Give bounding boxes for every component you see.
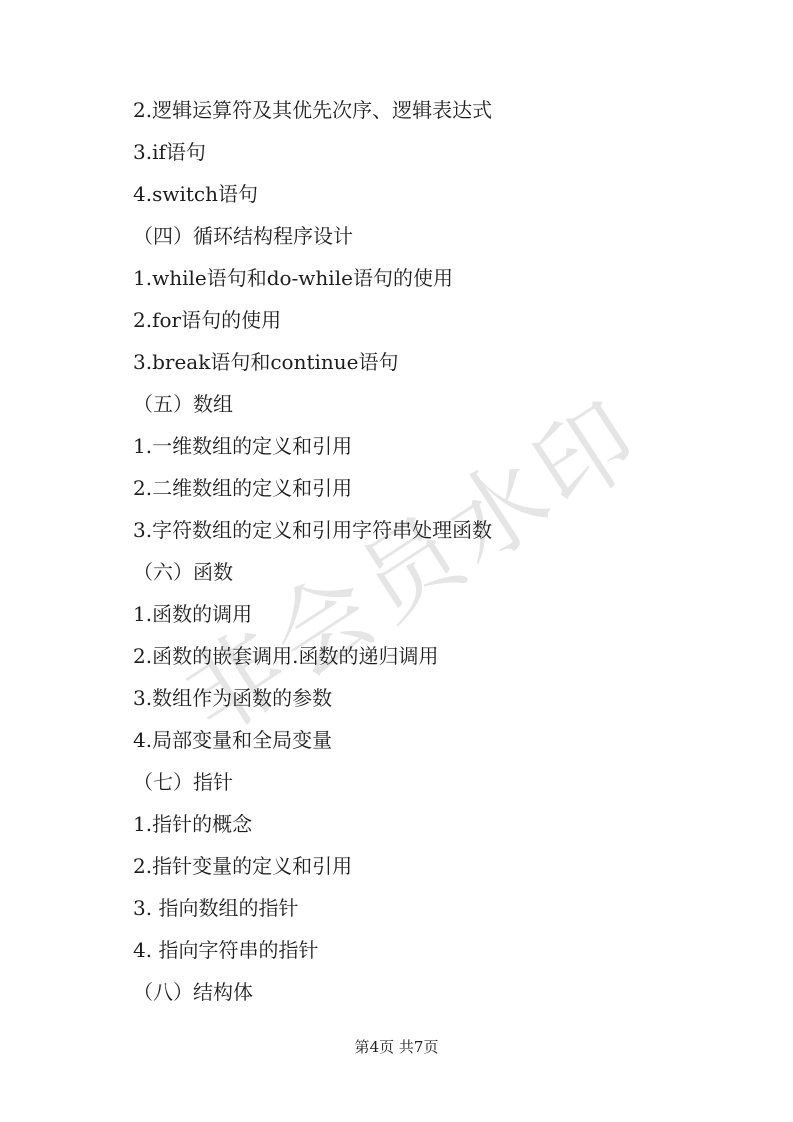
doc-line-item: 2.指针变量的定义和引用 xyxy=(133,845,743,887)
doc-line-item: 4.switch语句 xyxy=(133,173,743,215)
document-content: 2.逻辑运算符及其优先次序、逻辑表达式 3.if语句 4.switch语句 （四… xyxy=(133,89,743,1013)
page-footer: 第4页 共7页 xyxy=(0,1037,793,1057)
doc-section-heading: （八）结构体 xyxy=(133,971,743,1013)
footer-total-pages: 7 xyxy=(414,1038,424,1056)
doc-line-item: 1.一维数组的定义和引用 xyxy=(133,425,743,467)
doc-line-item: 2.二维数组的定义和引用 xyxy=(133,467,743,509)
footer-current-page: 4 xyxy=(370,1038,380,1056)
doc-line-item: 3.数组作为函数的参数 xyxy=(133,677,743,719)
doc-line-item: 2.函数的嵌套调用.函数的递归调用 xyxy=(133,635,743,677)
doc-line-item: 4. 指向字符串的指针 xyxy=(133,929,743,971)
doc-line-item: 2.逻辑运算符及其优先次序、逻辑表达式 xyxy=(133,89,743,131)
doc-line-item: 3.字符数组的定义和引用字符串处理函数 xyxy=(133,509,743,551)
doc-section-heading: （四）循环结构程序设计 xyxy=(133,215,743,257)
doc-line-item: 3.if语句 xyxy=(133,131,743,173)
doc-line-item: 2.for语句的使用 xyxy=(133,299,743,341)
footer-page-prefix: 第 xyxy=(355,1038,370,1056)
doc-section-heading: （五）数组 xyxy=(133,383,743,425)
doc-line-item: 1.while语句和do-while语句的使用 xyxy=(133,257,743,299)
doc-section-heading: （七）指针 xyxy=(133,761,743,803)
doc-section-heading: （六）函数 xyxy=(133,551,743,593)
doc-line-item: 3.break语句和continue语句 xyxy=(133,341,743,383)
doc-line-item: 3. 指向数组的指针 xyxy=(133,887,743,929)
footer-page-mid: 页 共 xyxy=(379,1038,414,1056)
doc-line-item: 4.局部变量和全局变量 xyxy=(133,719,743,761)
doc-line-item: 1.指针的概念 xyxy=(133,803,743,845)
footer-page-suffix: 页 xyxy=(423,1038,438,1056)
doc-line-item: 1.函数的调用 xyxy=(133,593,743,635)
document-page: 非会员水印 2.逻辑运算符及其优先次序、逻辑表达式 3.if语句 4.switc… xyxy=(0,0,793,1122)
